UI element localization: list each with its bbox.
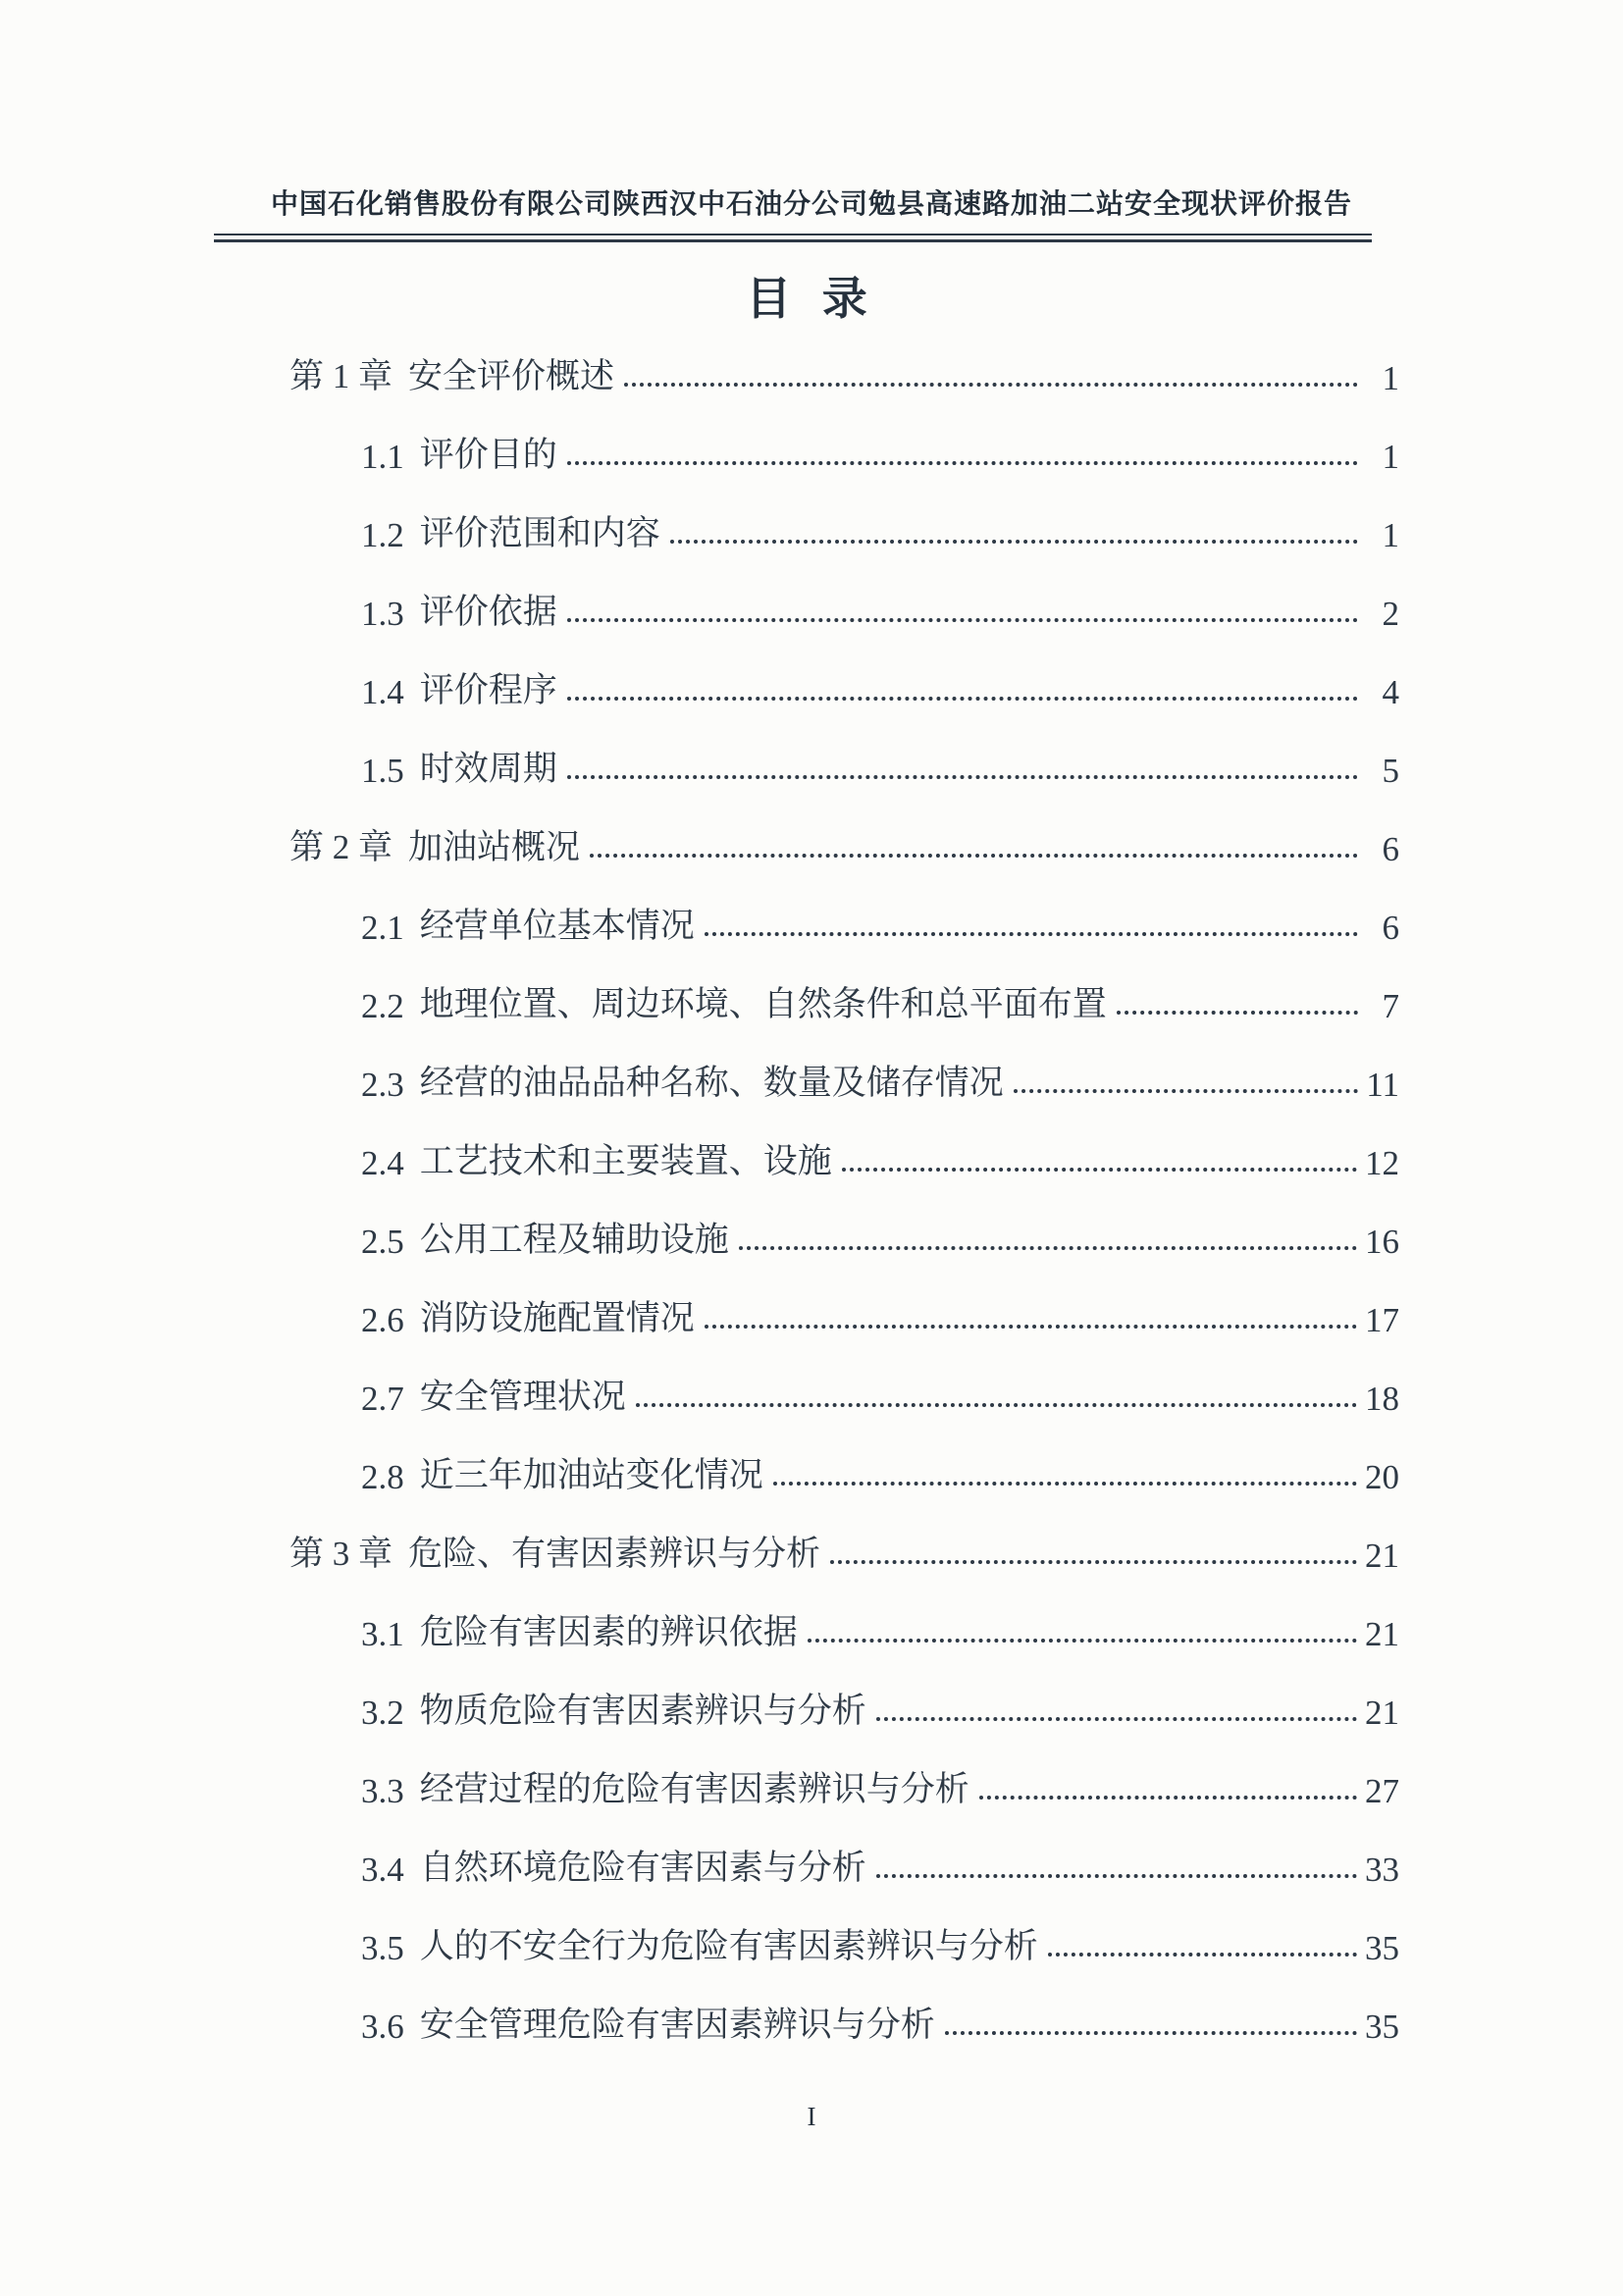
toc-entry: 1.1 评价目的 1	[214, 398, 1399, 477]
toc-entry-page: 35	[1365, 1929, 1399, 1968]
dot-leader	[567, 618, 1358, 622]
toc-entry-number: 3.2	[361, 1694, 404, 1733]
header-double-rule	[214, 234, 1372, 242]
toc-entry-title: 评价范围和内容	[420, 506, 660, 555]
toc-entry-number: 1.5	[361, 752, 404, 791]
toc-entry-page: 20	[1365, 1458, 1399, 1497]
toc-entry-page: 12	[1365, 1144, 1399, 1183]
toc-entry: 2.5 公用工程及辅助设施 16	[214, 1183, 1399, 1262]
toc-entry-number: 3.6	[361, 2008, 404, 2047]
toc-entry-page: 27	[1365, 1772, 1399, 1811]
dot-leader	[567, 775, 1358, 779]
toc-entry-page: 1	[1366, 516, 1399, 555]
toc-entry-number: 3.5	[361, 1929, 404, 1968]
toc-entry-number: 第 3 章	[289, 1527, 393, 1576]
toc-entry-title: 公用工程及辅助设施	[420, 1213, 729, 1262]
toc-entry-number: 2.3	[361, 1066, 404, 1105]
toc-entry-title: 危险、有害因素辨识与分析	[408, 1527, 820, 1576]
toc-entry-number: 2.7	[361, 1380, 404, 1419]
toc-entry-page: 6	[1366, 909, 1399, 948]
toc-entry-page: 1	[1366, 359, 1399, 398]
toc-entry-page: 17	[1365, 1301, 1399, 1340]
toc-entry-number: 第 2 章	[289, 820, 393, 869]
toc-entry-number: 1.4	[361, 673, 404, 712]
dot-leader	[567, 697, 1358, 701]
toc-entry-number: 第 1 章	[289, 349, 393, 398]
toc-entry-title: 安全管理危险有害因素辨识与分析	[420, 1998, 935, 2047]
toc-entry-title: 物质危险有害因素辨识与分析	[420, 1684, 866, 1733]
toc-entry-page: 33	[1365, 1851, 1399, 1890]
toc-entry-number: 2.2	[361, 987, 404, 1026]
dot-leader	[1048, 1953, 1357, 1957]
dot-leader	[636, 1403, 1357, 1407]
dot-leader	[808, 1639, 1357, 1643]
dot-leader	[773, 1482, 1357, 1486]
toc-entry: 2.1 经营单位基本情况 6	[214, 869, 1399, 948]
toc-entry-number: 2.4	[361, 1144, 404, 1183]
toc-entry: 2.3 经营的油品品种名称、数量及储存情况 11	[214, 1026, 1399, 1105]
toc-title: 目 录	[0, 263, 1623, 328]
page-header-title: 中国石化销售股份有限公司陕西汉中石油分公司勉县高速路加油二站安全现状评价报告	[0, 183, 1623, 222]
toc-entry-page: 21	[1365, 1615, 1399, 1654]
toc-entry-title: 时效周期	[420, 742, 557, 791]
dot-leader	[876, 1874, 1357, 1878]
toc-entry-title: 危险有害因素的辨识依据	[420, 1605, 798, 1654]
toc-entry-title: 经营过程的危险有害因素辨识与分析	[420, 1762, 969, 1811]
toc-entry: 2.2 地理位置、周边环境、自然条件和总平面布置 7	[214, 948, 1399, 1026]
toc-entry-title: 人的不安全行为危险有害因素辨识与分析	[420, 1919, 1038, 1968]
dot-leader	[1117, 1011, 1358, 1015]
toc-entry-title: 消防设施配置情况	[420, 1291, 695, 1340]
toc-entry-title: 经营的油品品种名称、数量及储存情况	[420, 1056, 1004, 1105]
toc-entry-page: 7	[1366, 987, 1399, 1026]
toc-entry-title: 安全管理状况	[420, 1370, 626, 1419]
dot-leader	[1014, 1089, 1358, 1093]
toc-entry-title: 评价依据	[420, 585, 557, 634]
toc-entry-page: 16	[1365, 1223, 1399, 1262]
toc-entry-page: 2	[1366, 595, 1399, 634]
toc-entry-page: 1	[1366, 438, 1399, 477]
toc-entry: 3.5 人的不安全行为危险有害因素辨识与分析 35	[214, 1890, 1399, 1968]
dot-leader	[945, 2031, 1357, 2035]
toc-entry-title: 经营单位基本情况	[420, 899, 695, 948]
dot-leader	[567, 461, 1358, 465]
toc-entry: 3.2 物质危险有害因素辨识与分析 21	[214, 1654, 1399, 1733]
toc-entry-number: 2.6	[361, 1301, 404, 1340]
toc-entry: 第 1 章 安全评价概述 1	[214, 320, 1399, 398]
toc-entry-title: 自然环境危险有害因素与分析	[420, 1841, 866, 1890]
toc-entry-title: 安全评价概述	[408, 349, 614, 398]
dot-leader	[705, 932, 1358, 936]
toc-entry: 3.1 危险有害因素的辨识依据 21	[214, 1576, 1399, 1654]
toc-entry-page: 35	[1365, 2008, 1399, 2047]
toc-entry: 2.6 消防设施配置情况 17	[214, 1262, 1399, 1340]
toc-entry: 1.2 评价范围和内容 1	[214, 477, 1399, 555]
toc-entry-page: 6	[1366, 830, 1399, 869]
toc-entry-page: 18	[1365, 1380, 1399, 1419]
toc-entry-page: 5	[1366, 752, 1399, 791]
toc-entry: 3.3 经营过程的危险有害因素辨识与分析 27	[214, 1733, 1399, 1811]
toc-entry-title: 加油站概况	[408, 820, 580, 869]
toc-entry-number: 1.3	[361, 595, 404, 634]
footer-page-number: I	[0, 2102, 1623, 2132]
toc-entry-number: 3.1	[361, 1615, 404, 1654]
toc-entry-page: 4	[1366, 673, 1399, 712]
toc-entry-number: 3.3	[361, 1772, 404, 1811]
toc-entry-number: 2.5	[361, 1223, 404, 1262]
dot-leader	[842, 1168, 1357, 1172]
dot-leader	[876, 1717, 1357, 1721]
toc-entry-page: 21	[1365, 1694, 1399, 1733]
toc-entry-title: 地理位置、周边环境、自然条件和总平面布置	[420, 977, 1107, 1026]
toc-entry-number: 3.4	[361, 1851, 404, 1890]
toc-entry: 第 2 章 加油站概况 6	[214, 791, 1399, 869]
toc-entry: 3.4 自然环境危险有害因素与分析 33	[214, 1811, 1399, 1890]
dot-leader	[705, 1325, 1357, 1329]
toc-entry-number: 2.1	[361, 909, 404, 948]
toc-entry: 2.7 安全管理状况 18	[214, 1340, 1399, 1419]
toc-entry: 3.6 安全管理危险有害因素辨识与分析 35	[214, 1968, 1399, 2047]
toc-entry: 2.8 近三年加油站变化情况 20	[214, 1419, 1399, 1497]
toc-entry-title: 近三年加油站变化情况	[420, 1448, 763, 1497]
toc-entry-number: 2.8	[361, 1458, 404, 1497]
toc-entry: 1.4 评价程序 4	[214, 634, 1399, 712]
toc-entry-title: 评价程序	[420, 663, 557, 712]
toc-entry: 1.5 时效周期 5	[214, 712, 1399, 791]
toc-entry-title: 评价目的	[420, 428, 557, 477]
toc-entry: 2.4 工艺技术和主要装置、设施 12	[214, 1105, 1399, 1183]
toc-entry: 第 3 章 危险、有害因素辨识与分析 21	[214, 1497, 1399, 1576]
document-page: 中国石化销售股份有限公司陕西汉中石油分公司勉县高速路加油二站安全现状评价报告 目…	[0, 0, 1623, 2296]
dot-leader	[590, 854, 1358, 858]
dot-leader	[670, 540, 1358, 544]
toc-entry-number: 1.2	[361, 516, 404, 555]
toc-entry-page: 21	[1365, 1537, 1399, 1576]
toc-entry-page: 11	[1366, 1066, 1399, 1105]
toc-list: 第 1 章 安全评价概述 1 1.1 评价目的 1 1.2 评价范围和内容 1 …	[214, 320, 1399, 2047]
dot-leader	[830, 1560, 1357, 1564]
toc-entry-title: 工艺技术和主要装置、设施	[420, 1134, 832, 1183]
dot-leader	[979, 1796, 1357, 1800]
dot-leader	[624, 383, 1358, 387]
toc-entry: 1.3 评价依据 2	[214, 555, 1399, 634]
toc-entry-number: 1.1	[361, 438, 404, 477]
dot-leader	[739, 1246, 1357, 1250]
